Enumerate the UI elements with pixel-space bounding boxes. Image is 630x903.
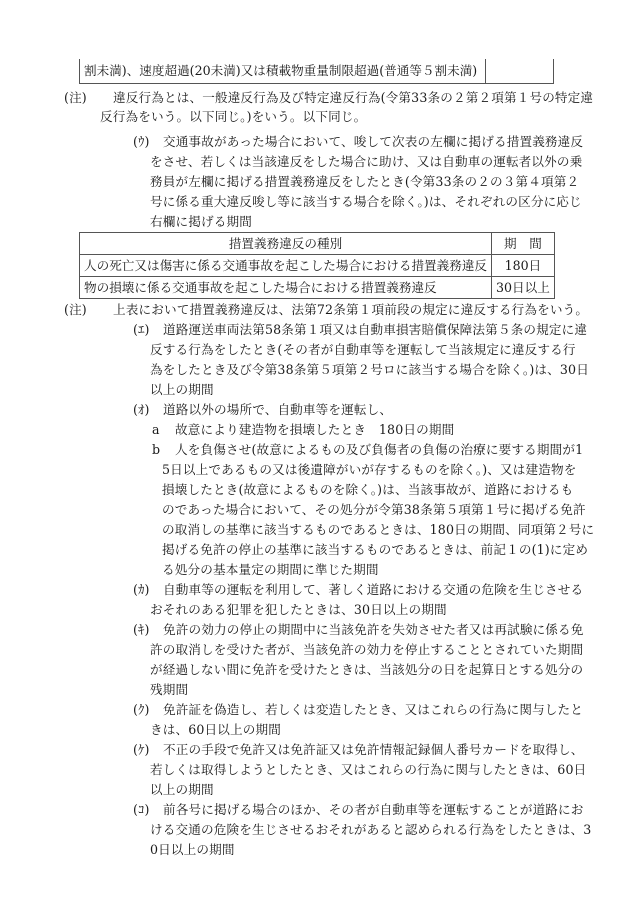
item-o-a-marker: a [152,420,160,439]
top-table-cell-violation: 割未満)、速度超過(20未満)又は積載物重量制限超過(普通等５割未満) [80,59,486,83]
item-u-line-1: 交通事故があった場合において、唆して次表の左欄に掲げる措置義務違反 [163,132,583,151]
item-ki-marker: (ｷ) [133,620,150,639]
item-e-line-1: 道路運送車両法第58条第１項又は自動車損害賠償保障法第５条の規定に違 [163,320,587,339]
measures-table: 措置義務違反の種別 期 間 人の死亡又は傷害に係る交通事故を起こした場合における… [79,232,555,299]
item-u-line-3: 務員が左欄に掲げる措置義務違反をしたとき(令第33条の２の３第４項第２ [150,172,579,191]
item-ka-marker: (ｶ) [133,580,150,599]
table-row: 人の死亡又は傷害に係る交通事故を起こした場合における措置義務違反 180日 [80,255,555,277]
item-o-b-line-3: 損壊したとき(故意によるものを除く。)は、当該事故が、道路におけるも [162,480,573,499]
note-2-text: 上表において措置義務違反は、法第72条第１項前段の規定に違反する行為をいう。 [113,300,588,319]
row-2-period: 30日以上 [492,277,555,299]
note-2-label: (注) [64,300,87,319]
item-ke-line-1: 不正の手段で免許又は免許証又は免許情報記録個人番号カードを取得し、 [163,740,584,759]
header-period: 期 間 [492,233,555,255]
item-ku-line-2: きは、60日以上の期間 [150,720,281,739]
item-o-b-line-1: 人を負傷させ(故意によるもの及び負傷者の負傷の治療に要する期間が1 [175,440,583,459]
top-table-violation-text: 割未満)、速度超過(20未満)又は積載物重量制限超過(普通等５割未満) [84,61,477,81]
item-ki-line-1: 免許の効力の停止の期間中に当該免許を失効させた者又は再試験に係る免 [163,620,584,639]
measures-table-header: 措置義務違反の種別 期 間 [80,233,555,255]
item-ko-marker: (ｺ) [133,800,150,819]
item-ke-marker: (ｹ) [133,740,150,759]
item-ko-line-2: ける交通の危険を生じさせるおそれがあると認められる行為をしたときは、3 [150,820,591,839]
item-ke-line-3: 以上の期間 [150,780,214,799]
item-o-b-line-2: 5日以上であるもの又は後遺障がいが存するものを除く。)、又は建造物を [162,460,576,479]
item-ka-line-1: 自動車等の運転を利用して、著しく道路における交通の危険を生じさせる [163,580,583,599]
row-1-violation: 人の死亡又は傷害に係る交通事故を起こした場合における措置義務違反 [80,255,492,277]
note-1-line-2: 反行為をいう。以下同じ。)をいう。以下同じ。 [100,107,366,126]
item-u-line-2: をさせ、若しくは当該違反をした場合に助け、又は自動車の運転者以外の乗 [150,152,582,171]
item-e-line-2: 反する行為をしたとき(その者が自動車等を運転して当該規定に違反する行 [150,340,576,359]
item-ku-line-1: 免許証を偽造し、若しくは変造したとき、又はこれらの行為に関与したと [163,700,583,719]
item-e-line-3: 為をしたとき及び令第38条第５項第２号ロに該当する場合を除く。)は、30日 [150,360,589,379]
top-table: 割未満)、速度超過(20未満)又は積載物重量制限超過(普通等５割未満) [79,59,554,84]
item-ki-line-4: 残期間 [150,680,188,699]
item-o-b-marker: b [152,440,160,459]
item-ko-line-3: 0日以上の期間 [150,840,235,859]
item-ko-line-1: 前各号に掲げる場合のほか、その者が自動車等を運転することが道路にお [163,800,584,819]
item-o-intro: 道路以外の場所で、自動車等を運転し、 [163,400,392,419]
item-o-b-line-7: る処分の基本量定の期間に準じた期間 [162,560,379,579]
item-o-marker: (ｵ) [133,400,150,419]
item-ki-line-2: 許の取消しを受けた者が、当該免許の効力を停止することとされていた期間 [150,640,583,659]
item-u-line-4: 号に係る重大違反唆し等に該当する場合を除く。)は、それぞれの区分に応じ [150,192,582,211]
note-1-line-1: 違反行為とは、一般違反行為及び特定違反行為(令第33条の２第２項第１号の特定違 [113,88,593,107]
row-2-violation: 物の損壊に係る交通事故を起こした場合における措置義務違反 [80,277,492,299]
header-violation-type: 措置義務違反の種別 [80,233,492,255]
item-o-b-line-5: の取消しの基準に該当するものであるときは、180日の期間、同項第２号に [162,520,594,539]
note-1-label: (注) [64,88,87,107]
item-o-b-line-4: のであった場合において、その処分が令第38条第５項第１号に掲げる免許 [162,500,586,519]
item-u-marker: (ｳ) [133,132,150,151]
item-ku-marker: (ｸ) [133,700,150,719]
item-o-a-text: 故意により建造物を損壊したとき 180日の期間 [175,420,454,439]
item-ke-line-2: 若しくは取得しようとしたとき、又はこれらの行為に関与したときは、60日 [150,760,586,779]
item-ka-line-2: おそれのある犯罪を犯したときは、30日以上の期間 [150,600,447,619]
row-1-period: 180日 [492,255,555,277]
item-e-line-4: 以上の期間 [150,380,214,399]
top-table-cell-period [486,59,553,83]
item-o-b-line-6: 掲げる免許の停止の基準に該当するものであるときは、前記１の(1)に定め [162,540,588,559]
item-e-marker: (ｴ) [133,320,150,339]
table-row: 物の損壊に係る交通事故を起こした場合における措置義務違反 30日以上 [80,277,555,299]
item-ki-line-3: が経過しない間に免許を受けたときは、当該処分の日を起算日とする処分の [150,660,583,679]
item-u-line-5: 右欄に掲げる期間 [150,212,252,231]
